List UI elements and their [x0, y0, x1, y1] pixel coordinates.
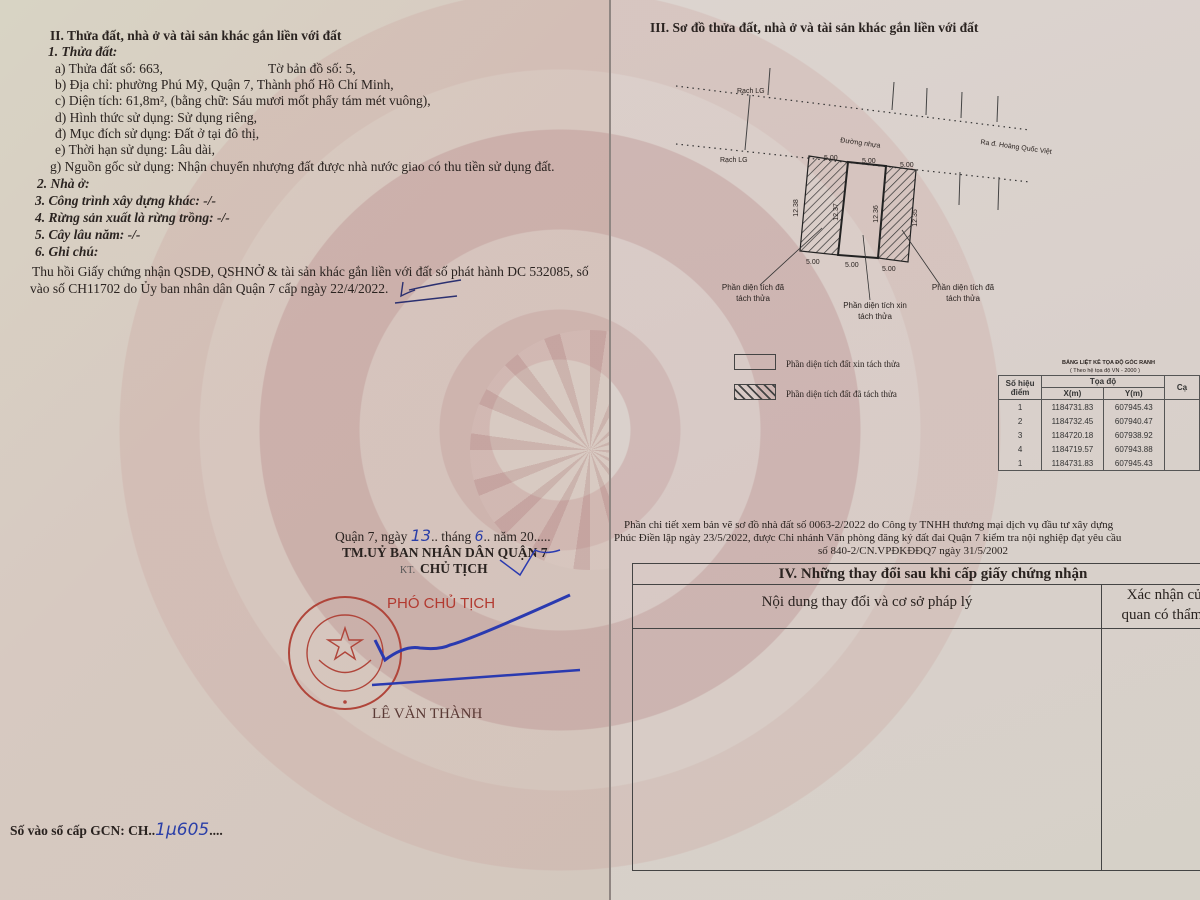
legend-label-hatched: Phần diện tích đất đã tách thửa: [786, 386, 897, 402]
confirmation-header-line-1: Xác nhận của: [1102, 585, 1200, 605]
coord-cell-extra: [1164, 428, 1199, 442]
registry-suffix: ....: [209, 823, 223, 838]
usage-form: d) Hình thức sử dụng: Sử dụng riêng,: [55, 110, 257, 126]
edge-length-bottom-2: 5.00: [845, 258, 859, 274]
land-heading: 1. Thửa đất:: [48, 44, 117, 60]
detail-note-line-3: số 840-2/CN.VPĐKĐĐQ7 ngày 31/5/2002: [818, 545, 1008, 558]
edge-length-top-1: 5.00: [824, 151, 838, 167]
coord-cell-x: 1184731.83: [1042, 456, 1104, 471]
edge-length-top-3: 5.00: [900, 158, 914, 174]
parcel-area: c) Diện tích: 61,8m², (bằng chữ: Sáu mươ…: [55, 93, 431, 109]
registry-label: Số vào sổ cấp GCN: CH..: [10, 823, 155, 838]
side-length-4: 12.35: [908, 209, 924, 227]
other-construction: 3. Công trình xây dựng khác: -/-: [35, 193, 216, 209]
changes-confirmation-column: Xác nhận của quan có thẩm q: [1102, 585, 1200, 870]
coord-cell-y: 607945.43: [1103, 456, 1164, 471]
perennial-trees: 5. Cây lâu năm: -/-: [35, 227, 140, 243]
coord-table: Số hiệu điểm Tọa độ Cạ X(m) Y(m) 1118473…: [998, 375, 1200, 471]
col-coords: Tọa độ: [1042, 376, 1165, 388]
notes-line-2: vào số CH11702 do Ủy ban nhân dân Quận 7…: [30, 281, 388, 297]
edge-length-top-2: 5.00: [862, 154, 876, 170]
coord-cell-extra: [1164, 442, 1199, 456]
coord-cell-y: 607938.92: [1103, 428, 1164, 442]
detail-note-line-2: Phúc Điền lập ngày 23/5/2022, được Chi n…: [614, 532, 1121, 545]
edge-length-bottom-1: 5.00: [806, 255, 820, 271]
coord-cell-x: 1184732.45: [1042, 414, 1104, 428]
coord-cell-point: 2: [999, 414, 1042, 428]
callout-right: Phần diện tích đã tách thửa: [928, 282, 998, 304]
legend-label-blank: Phần diện tích đất xin tách thửa: [786, 356, 900, 372]
coord-row: 11184731.83607945.43: [999, 456, 1200, 471]
coord-cell-extra: [1164, 414, 1199, 428]
legend-swatch-hatched: [734, 384, 776, 400]
handwritten-registry-number: 1µ605: [155, 820, 209, 840]
notes-line-1: Thu hồi Giấy chứng nhận QSDĐ, QSHNỞ & tà…: [32, 264, 589, 280]
canal-label-top: Rạch LG: [737, 84, 765, 100]
side-length-3: 12.36: [869, 205, 885, 223]
side-length-1: 12.38: [789, 199, 805, 217]
production-forest: 4. Rừng sản xuất là rừng trồng: -/-: [35, 210, 230, 226]
signer-name: LÊ VĂN THÀNH: [372, 706, 482, 722]
detail-note-line-1: Phần chi tiết xem bản vẽ sơ đồ nhà đất s…: [624, 519, 1113, 532]
coord-cell-y: 607943.88: [1103, 442, 1164, 456]
coord-cell-point: 1: [999, 456, 1042, 471]
changes-title: IV. Những thay đổi sau khi cấp giấy chứn…: [633, 564, 1200, 585]
signature-icon: [360, 520, 590, 700]
parcel-number: a) Thửa đất số: 663,: [55, 61, 163, 77]
coord-cell-extra: [1164, 456, 1199, 471]
coord-cell-y: 607945.43: [1103, 400, 1164, 415]
callout-middle: Phần diện tích xin tách thửa: [840, 300, 910, 322]
coord-row: 31184720.18607938.92: [999, 428, 1200, 442]
coord-cell-point: 4: [999, 442, 1042, 456]
col-extra: Cạ: [1164, 376, 1199, 400]
registry-number: Số vào sổ cấp GCN: CH..1µ605....: [10, 822, 223, 839]
legend-swatch-blank: [734, 354, 776, 370]
coord-cell-x: 1184720.18: [1042, 428, 1104, 442]
callout-left: Phần diện tích đã tách thửa: [718, 282, 788, 304]
notes-heading: 6. Ghi chú:: [35, 244, 98, 260]
coord-cell-point: 3: [999, 428, 1042, 442]
coord-row: 41184719.57607943.88: [999, 442, 1200, 456]
changes-col-content-header: Nội dung thay đổi và cơ sở pháp lý: [633, 585, 1101, 629]
coord-row: 21184732.45607940.47: [999, 414, 1200, 428]
coord-cell-extra: [1164, 400, 1199, 415]
coord-row: 11184731.83607945.43: [999, 400, 1200, 415]
confirmation-header-line-2: quan có thẩm q: [1102, 605, 1200, 625]
usage-origin: g) Nguồn gốc sử dụng: Nhận chuyển nhượng…: [50, 159, 555, 175]
usage-purpose: đ) Mục đích sử dụng: Đất ở tại đô thị,: [55, 126, 259, 142]
section-ii-title: II. Thửa đất, nhà ở và tài sản khác gắn …: [50, 28, 341, 44]
canal-label-bottom: Rạch LG: [720, 153, 748, 169]
coord-cell-y: 607940.47: [1103, 414, 1164, 428]
col-x: X(m): [1042, 388, 1104, 400]
coord-cell-x: 1184731.83: [1042, 400, 1104, 415]
initial-mark-icon: [395, 278, 505, 308]
map-sheet-number: Tờ bản đồ số: 5,: [268, 61, 356, 77]
edge-length-bottom-3: 5.00: [882, 262, 896, 278]
usage-term: e) Thời hạn sử dụng: Lâu dài,: [55, 142, 215, 158]
changes-table: IV. Những thay đổi sau khi cấp giấy chứn…: [632, 563, 1200, 871]
parcel-address: b) Địa chỉ: phường Phú Mỹ, Quận 7, Thành…: [55, 77, 394, 93]
changes-col-confirmation-header: Xác nhận của quan có thẩm q: [1102, 585, 1200, 629]
coord-cell-point: 1: [999, 400, 1042, 415]
left-page: II. Thửa đất, nhà ở và tài sản khác gắn …: [0, 0, 610, 900]
coord-cell-x: 1184719.57: [1042, 442, 1104, 456]
col-y: Y(m): [1103, 388, 1164, 400]
house-heading: 2. Nhà ở:: [37, 176, 90, 192]
changes-content-column: Nội dung thay đổi và cơ sở pháp lý: [633, 585, 1102, 870]
side-length-2: 12.37: [829, 203, 845, 221]
col-point: Số hiệu điểm: [999, 376, 1042, 400]
page-fold: [609, 0, 611, 900]
